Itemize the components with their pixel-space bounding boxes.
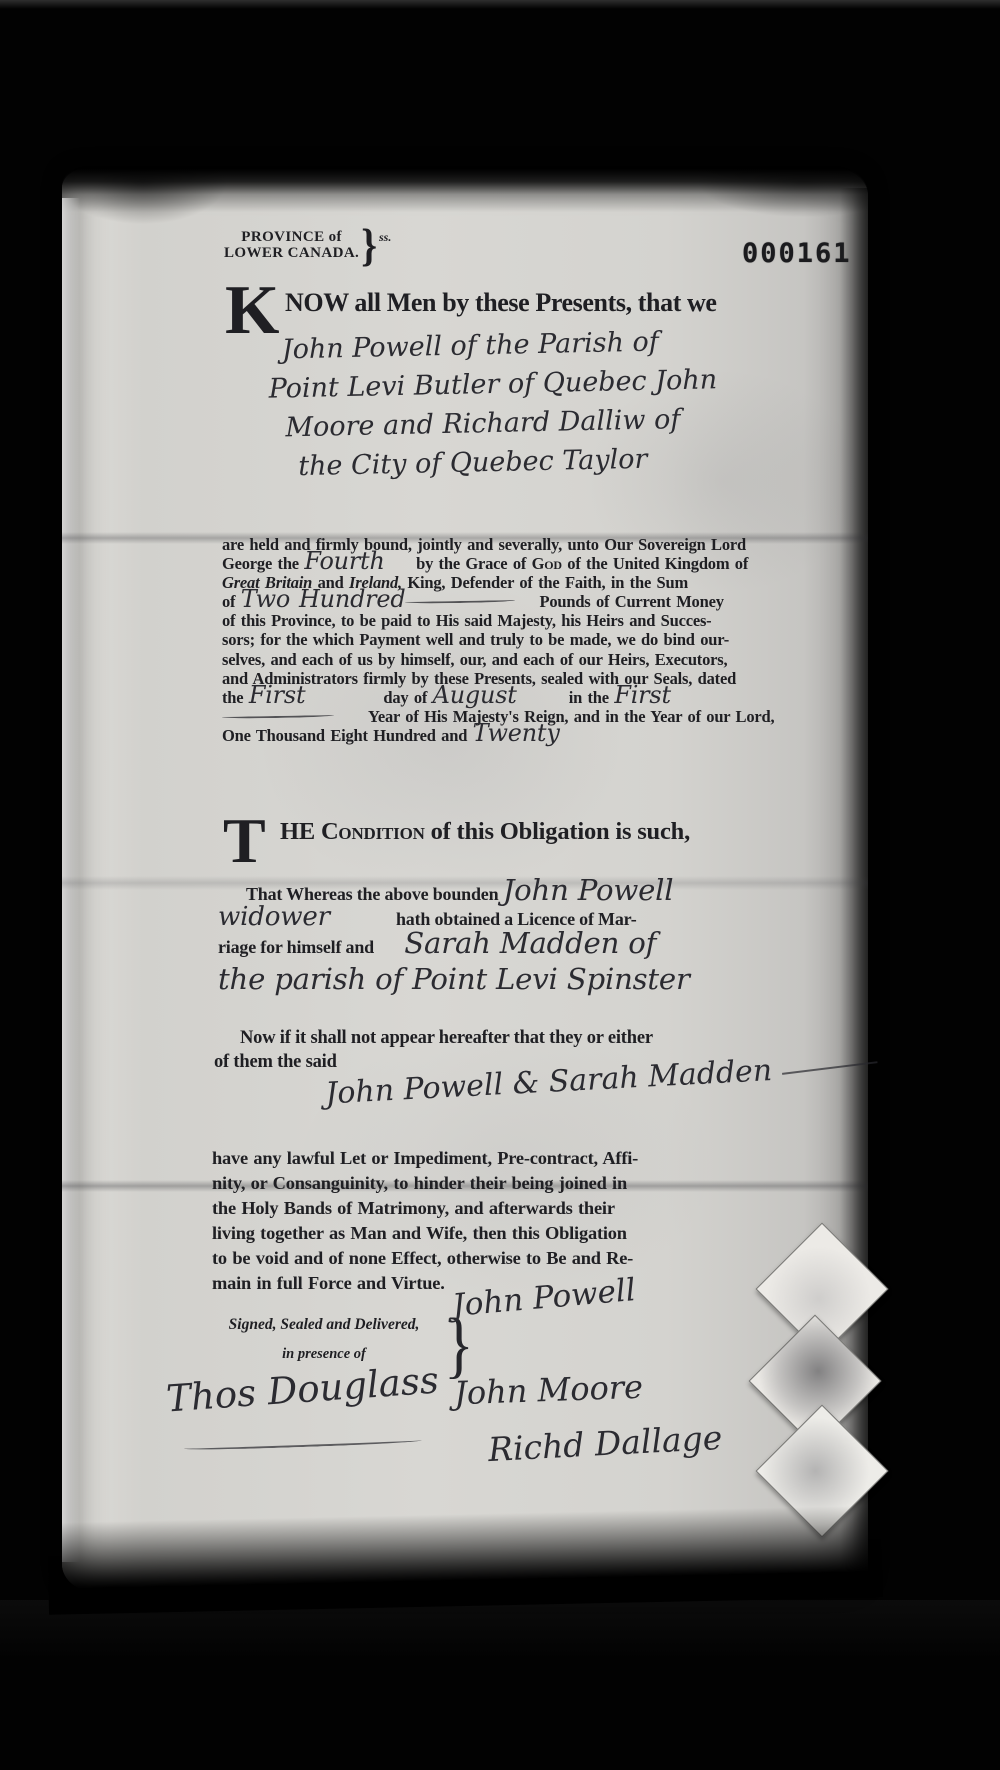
signature-richard-dallage: Richd Dallage [487,1418,723,1469]
top-edge-glow [0,0,1000,9]
left-edge-highlight [62,198,80,1562]
header-brace: } [361,225,377,264]
bottom-edge-shadow [47,1505,883,1614]
document-number-stamp: 000161 [742,238,852,269]
parties-handwriting: John Powell of the Parish of Point Levi … [265,321,719,486]
opening-heading-text: NOW all Men by these Presents, that we [285,280,717,318]
dropcap-t: T [223,814,266,868]
witness-line-1: Signed, Sealed and Delivered, [208,1316,440,1334]
photo-background: PROVINCE of LOWER CANADA. } ss. 000161 K… [0,0,1000,1770]
signature-witness-thos-douglass: Thos Douglass [165,1359,440,1421]
closing-paragraph: have any lawful Let or Impediment, Pre-c… [212,1146,727,1296]
parties-line-4: the City of Quebec Taylor [298,438,719,486]
province-name: PROVINCE of LOWER CANADA. [224,229,359,261]
whereas-paragraph: That Whereas the above bounden John Powe… [218,882,690,996]
province-line-2: LOWER CANADA. [224,245,359,261]
signature-flourish-underline [184,1438,422,1451]
province-header: PROVINCE of LOWER CANADA. } ss. [224,228,391,262]
witness-attestation-text: Signed, Sealed and Delivered, in presenc… [208,1316,440,1363]
province-line-1: PROVINCE of [224,229,359,245]
opening-heading: K NOW all Men by these Presents, that we [225,280,717,318]
torn-top-edge [62,166,868,212]
condition-heading: T HE Condition of this Obligation is suc… [223,811,690,846]
condition-heading-text: HE Condition of this Obligation is such, [280,811,690,846]
pen-flourish [782,1059,878,1075]
signature-john-moore: John Moore [453,1368,643,1413]
bond-paragraph: are held and firmly bound, jointly and s… [222,535,742,745]
document-paper: PROVINCE of LOWER CANADA. } ss. 000161 K… [62,168,868,1592]
ss-abbreviation: ss. [379,230,391,245]
